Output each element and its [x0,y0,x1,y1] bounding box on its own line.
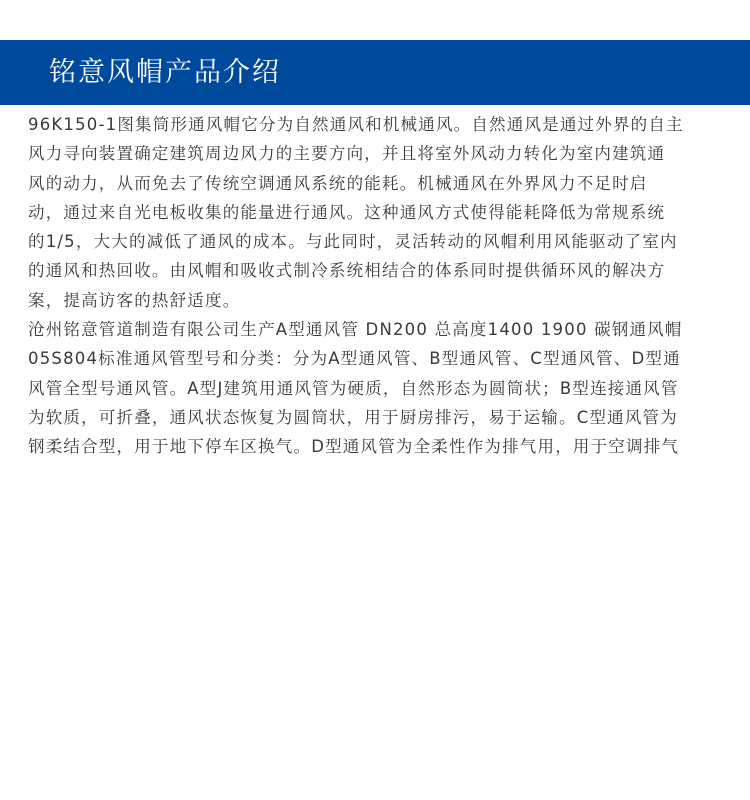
text-line: 风管全型号通风管。A型J建筑用通风管为硬质，自然形态为圆筒状；B型连接通风管 [28,374,728,403]
article-body: 96K150-1图集筒形通风帽它分为自然通风和机械通风。自然通风是通过外界的自主… [28,110,728,462]
text-line: 案，提高访客的热舒适度。 [28,286,728,315]
text-line: 动，通过来自光电板收集的能量进行通风。这种通风方式使得能耗降低为常规系统 [28,198,728,227]
paragraph-intro: 96K150-1图集筒形通风帽它分为自然通风和机械通风。自然通风是通过外界的自主… [28,110,728,315]
text-line: 为软质，可折叠，通风状态恢复为圆筒状，用于厨房排污，易于运输。C型通风管为 [28,403,728,432]
text-line: 沧州铭意管道制造有限公司生产A型通风管 DN200 总高度1400 1900 碳… [28,315,728,344]
text-line: 05S804标准通风管型号和分类：分为A型通风管、B型通风管、C型通风管、D型通 [28,344,728,373]
page-title: 铭意风帽产品介绍 [49,59,281,86]
text-line: 风力寻向装置确定建筑周边风力的主要方向，并且将室外风动力转化为室内建筑通 [28,139,728,168]
paragraph-product-types: 沧州铭意管道制造有限公司生产A型通风管 DN200 总高度1400 1900 碳… [28,315,728,461]
text-line: 风的动力，从而免去了传统空调通风系统的能耗。机械通风在外界风力不足时启 [28,169,728,198]
text-line: 的通风和热回收。由风帽和吸收式制冷系统相结合的体系同时提供循环风的解决方 [28,256,728,285]
text-line: 96K150-1图集筒形通风帽它分为自然通风和机械通风。自然通风是通过外界的自主 [28,110,728,139]
header-banner: 铭意风帽产品介绍 [0,40,750,105]
text-line: 的1/5，大大的减低了通风的成本。与此同时，灵活转动的风帽利用风能驱动了室内 [28,227,728,256]
text-line: 钢柔结合型，用于地下停车区换气。D型通风管为全柔性作为排气用，用于空调排气 [28,432,728,461]
